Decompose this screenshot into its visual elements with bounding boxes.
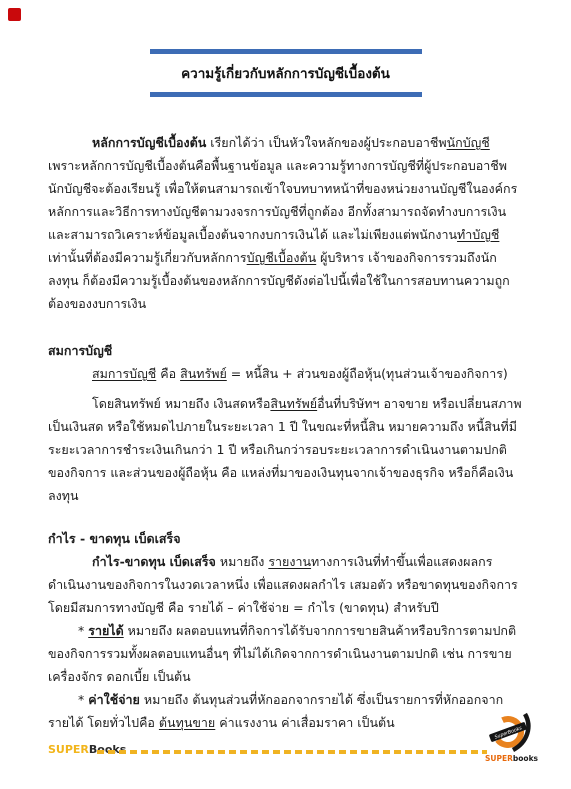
- title-bottom-rule: [150, 92, 422, 97]
- logo-wordmark-books: books: [513, 754, 538, 763]
- underlined-term-equation: สมการบัญชี: [92, 366, 156, 381]
- profit-loss-paragraph: กำไร-ขาดทุน เบ็ดเสร็จ หมายถึง รายงานทางก…: [48, 550, 523, 619]
- section-heading-profit-loss: กำไร - ขาดทุน เบ็ดเสร็จ: [48, 527, 523, 550]
- bold-term-expense: ค่าใช้จ่าย: [88, 692, 140, 707]
- underlined-term-assets-2: สินทรัพย์: [270, 396, 317, 411]
- title-block: ความรู้เกี่ยวกับหลักการบัญชีเบื้องต้น: [150, 49, 422, 97]
- accounting-equation-line: สมการบัญชี คือ สินทรัพย์ = หนี้สิน + ส่ว…: [48, 362, 523, 385]
- logo-wordmark-super: SUPER: [485, 754, 513, 763]
- superbooks-logo-emblem: SuperBooks: [487, 712, 533, 754]
- page-footer: SUPERBooks SuperBooks SUPERbooks: [0, 710, 571, 774]
- superbooks-logo: SuperBooks SUPERbooks: [485, 712, 535, 763]
- footer-dashed-rule: [97, 750, 487, 754]
- red-marker-square: [8, 8, 21, 21]
- profit-loss-lead-bold: กำไร-ขาดทุน เบ็ดเสร็จ: [92, 554, 216, 569]
- underlined-term-revenue: รายได้: [88, 623, 123, 638]
- underlined-term-accountant: นักบัญชี: [447, 135, 490, 150]
- underlined-term-assets: สินทรัพย์: [180, 366, 227, 381]
- underlined-term-bookkeeping: ทำบัญชี: [457, 227, 499, 242]
- intro-lead-bold: หลักการบัญชีเบื้องต้น: [92, 135, 206, 150]
- section-heading-accounting-equation: สมการบัญชี: [48, 339, 523, 362]
- footer-brand-super: SUPER: [48, 743, 89, 756]
- document-page: ความรู้เกี่ยวกับหลักการบัญชีเบื้องต้น หล…: [0, 0, 571, 789]
- page-title: ความรู้เกี่ยวกับหลักการบัญชีเบื้องต้น: [150, 54, 422, 92]
- logo-wordmark: SUPERbooks: [485, 754, 535, 763]
- revenue-definition-paragraph: * รายได้ หมายถึง ผลตอบแทนที่กิจการได้รับ…: [48, 619, 523, 688]
- underlined-term-report: รายงาน: [268, 554, 311, 569]
- document-body: หลักการบัญชีเบื้องต้น เรียกได้ว่า เป็นหั…: [48, 131, 523, 734]
- equation-body-paragraph: โดยสินทรัพย์ หมายถึง เงินสดหรือสินทรัพย์…: [48, 392, 523, 507]
- underlined-term-basic-accounting: บัญชีเบื้องต้น: [247, 250, 317, 265]
- intro-paragraph: หลักการบัญชีเบื้องต้น เรียกได้ว่า เป็นหั…: [48, 131, 523, 315]
